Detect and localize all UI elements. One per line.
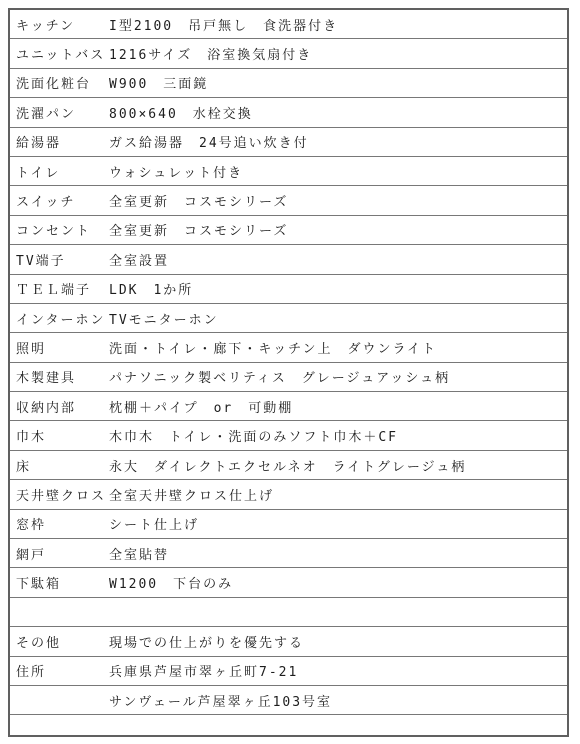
table-row-water-heater: 給湯器 ガス給湯器 24号追い炊き付 bbox=[10, 128, 567, 157]
row-value: 全室更新 コスモシリーズ bbox=[109, 191, 567, 210]
row-label: トイレ bbox=[10, 162, 109, 181]
table-row-unit-bath: ユニットバス 1216サイズ 浴室換気扇付き bbox=[10, 39, 567, 68]
table-row-outlet: コンセント 全室更新 コスモシリーズ bbox=[10, 216, 567, 245]
table-row-kitchen: キッチン I型2100 吊戸無し 食洗器付き bbox=[10, 10, 567, 39]
row-value: 全室天井壁クロス仕上げ bbox=[109, 485, 567, 504]
table-row-other: その他 現場での仕上がりを優先する bbox=[10, 627, 567, 656]
spec-table: キッチン I型2100 吊戸無し 食洗器付き ユニットバス 1216サイズ 浴室… bbox=[8, 8, 569, 737]
row-label: 収納内部 bbox=[10, 397, 109, 416]
row-value: 木巾木 トイレ・洗面のみソフト巾木＋CF bbox=[109, 426, 567, 445]
row-value: W900 三面鏡 bbox=[109, 73, 567, 92]
row-value: 永大 ダイレクトエクセルネオ ライトグレージュ柄 bbox=[109, 456, 567, 475]
row-value: LDK 1か所 bbox=[109, 279, 567, 298]
table-row-empty bbox=[10, 598, 567, 627]
table-row-switch: スイッチ 全室更新 コスモシリーズ bbox=[10, 186, 567, 215]
table-row-vanity: 洗面化粧台 W900 三面鏡 bbox=[10, 69, 567, 98]
row-value: ガス給湯器 24号追い炊き付 bbox=[109, 132, 567, 151]
table-row-tv-terminal: TV端子 全室設置 bbox=[10, 245, 567, 274]
row-value: 現場での仕上がりを優先する bbox=[109, 632, 567, 651]
table-row-shoe-cabinet: 下駄箱 W1200 下台のみ bbox=[10, 568, 567, 597]
row-label: 洗面化粧台 bbox=[10, 73, 109, 92]
row-label: インターホン bbox=[10, 309, 109, 328]
table-row-intercom: インターホン TVモニターホン bbox=[10, 304, 567, 333]
table-row-laundry-pan: 洗濯パン 800×640 水栓交換 bbox=[10, 98, 567, 127]
row-value: シート仕上げ bbox=[109, 514, 567, 533]
row-label: スイッチ bbox=[10, 191, 109, 210]
row-label: 洗濯パン bbox=[10, 103, 109, 122]
row-value: 兵庫県芦屋市翠ヶ丘町7-21 bbox=[109, 661, 567, 680]
row-value: I型2100 吊戸無し 食洗器付き bbox=[109, 15, 567, 34]
table-row-screen-door: 網戸 全室貼替 bbox=[10, 539, 567, 568]
row-label: TV端子 bbox=[10, 250, 109, 269]
row-value: 全室更新 コスモシリーズ bbox=[109, 220, 567, 239]
row-label: コンセント bbox=[10, 220, 109, 239]
row-label: キッチン bbox=[10, 15, 109, 34]
table-row-baseboard: 巾木 木巾木 トイレ・洗面のみソフト巾木＋CF bbox=[10, 421, 567, 450]
row-label: 網戸 bbox=[10, 544, 109, 563]
row-value: W1200 下台のみ bbox=[109, 573, 567, 592]
row-value: 800×640 水栓交換 bbox=[109, 103, 567, 122]
row-value: TVモニターホン bbox=[109, 309, 567, 328]
row-value: ウォシュレット付き bbox=[109, 162, 567, 181]
row-label: ＴＥＬ端子 bbox=[10, 279, 109, 298]
row-label: 木製建具 bbox=[10, 367, 109, 386]
row-label: 照明 bbox=[10, 338, 109, 357]
row-value: 1216サイズ 浴室換気扇付き bbox=[109, 44, 567, 63]
table-row-address: 住所 兵庫県芦屋市翠ヶ丘町7-21 bbox=[10, 657, 567, 686]
table-row-window-frame: 窓枠 シート仕上げ bbox=[10, 510, 567, 539]
table-row-tel-terminal: ＴＥＬ端子 LDK 1か所 bbox=[10, 275, 567, 304]
row-label: 巾木 bbox=[10, 426, 109, 445]
table-row-wooden-fittings: 木製建具 パナソニック製ベリティス グレージュアッシュ柄 bbox=[10, 363, 567, 392]
row-label: 給湯器 bbox=[10, 132, 109, 151]
page: キッチン I型2100 吊戸無し 食洗器付き ユニットバス 1216サイズ 浴室… bbox=[0, 0, 580, 744]
row-value: サンヴェール芦屋翠ヶ丘103号室 bbox=[109, 691, 567, 710]
row-value: 全室貼替 bbox=[109, 544, 567, 563]
table-row-building-name: サンヴェール芦屋翠ヶ丘103号室 bbox=[10, 686, 567, 715]
row-label: その他 bbox=[10, 632, 109, 651]
row-label: ユニットバス bbox=[10, 44, 109, 63]
row-label: 床 bbox=[10, 456, 109, 475]
row-value: 全室設置 bbox=[109, 250, 567, 269]
row-label: 下駄箱 bbox=[10, 573, 109, 592]
row-label: 窓枠 bbox=[10, 514, 109, 533]
row-value: 洗面・トイレ・廊下・キッチン上 ダウンライト bbox=[109, 338, 567, 357]
row-label: 住所 bbox=[10, 661, 109, 680]
table-row-toilet: トイレ ウォシュレット付き bbox=[10, 157, 567, 186]
table-row-closet-interior: 収納内部 枕棚＋パイプ or 可動棚 bbox=[10, 392, 567, 421]
row-value: パナソニック製ベリティス グレージュアッシュ柄 bbox=[109, 367, 567, 386]
row-value: 枕棚＋パイプ or 可動棚 bbox=[109, 397, 567, 416]
table-row-floor: 床 永大 ダイレクトエクセルネオ ライトグレージュ柄 bbox=[10, 451, 567, 480]
table-row-empty-bottom bbox=[10, 715, 567, 735]
table-row-lighting: 照明 洗面・トイレ・廊下・キッチン上 ダウンライト bbox=[10, 333, 567, 362]
row-label: 天井壁クロス bbox=[10, 485, 109, 504]
table-row-ceiling-wall-cloth: 天井壁クロス 全室天井壁クロス仕上げ bbox=[10, 480, 567, 509]
